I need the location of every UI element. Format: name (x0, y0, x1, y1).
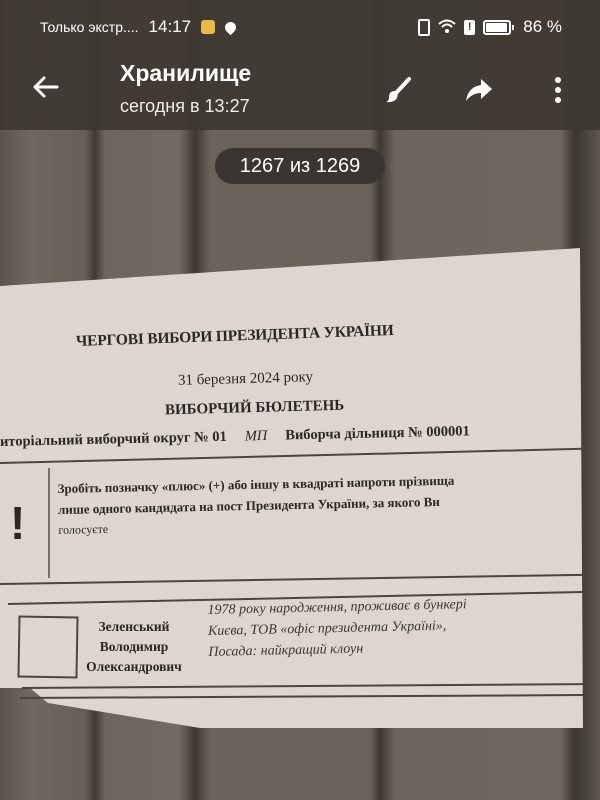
divider (48, 468, 50, 578)
ballot-instructions: Зробіть позначку «плюс» (+) або іншу в к… (57, 468, 558, 541)
message-date: сегодня в 13:27 (120, 96, 250, 117)
edit-button[interactable] (382, 74, 414, 106)
candidate-name: Зеленський Володимир Олександрович (72, 617, 196, 677)
district: иторіальний виборчий округ № 01 (0, 429, 227, 450)
vibrate-icon (418, 19, 430, 36)
precinct: Виборча дільниця № 000001 (285, 423, 470, 443)
ballot-district-line: иторіальний виборчий округ № 01МПВиборча… (0, 423, 470, 451)
divider (0, 574, 583, 585)
back-button[interactable] (28, 72, 64, 108)
wifi-icon (438, 19, 456, 36)
carrier-text: Только экстр.... (40, 19, 139, 35)
alert-icon: ! (464, 20, 475, 35)
more-vert-icon (555, 77, 561, 103)
forward-icon (464, 77, 494, 103)
ballot-heading: ЧЕРГОВІ ВИБОРИ ПРЕЗИДЕНТА УКРАЇНИ (76, 322, 394, 351)
divider (22, 683, 583, 689)
battery-percent: 86 % (523, 17, 562, 37)
status-bar: Только экстр.... 14:17 ! 86 % (0, 0, 600, 52)
chat-title: Хранилище (120, 60, 251, 87)
warning-icon: ! (10, 496, 25, 550)
ballot-date: 31 березня 2024 року (178, 369, 314, 390)
candidate-description: 1978 року народження, проживає в бункері… (207, 594, 468, 663)
note-icon (201, 20, 215, 34)
clock: 14:17 (149, 17, 192, 37)
divider (0, 448, 583, 464)
top-app-bar: Хранилище сегодня в 13:27 (0, 52, 600, 130)
candidate-checkbox[interactable] (17, 615, 78, 678)
stamp-place: МП (245, 428, 268, 445)
battery-icon (483, 20, 511, 35)
location-icon (223, 19, 239, 35)
paintbrush-icon (384, 76, 412, 104)
share-button[interactable] (463, 74, 495, 106)
media-counter: 1267 из 1269 (215, 148, 385, 184)
divider (20, 694, 583, 698)
arrow-left-icon (31, 72, 61, 102)
ballot-subheading: ВИБОРЧИЙ БЮЛЕТЕНЬ (165, 398, 345, 420)
more-options-button[interactable] (542, 74, 574, 106)
